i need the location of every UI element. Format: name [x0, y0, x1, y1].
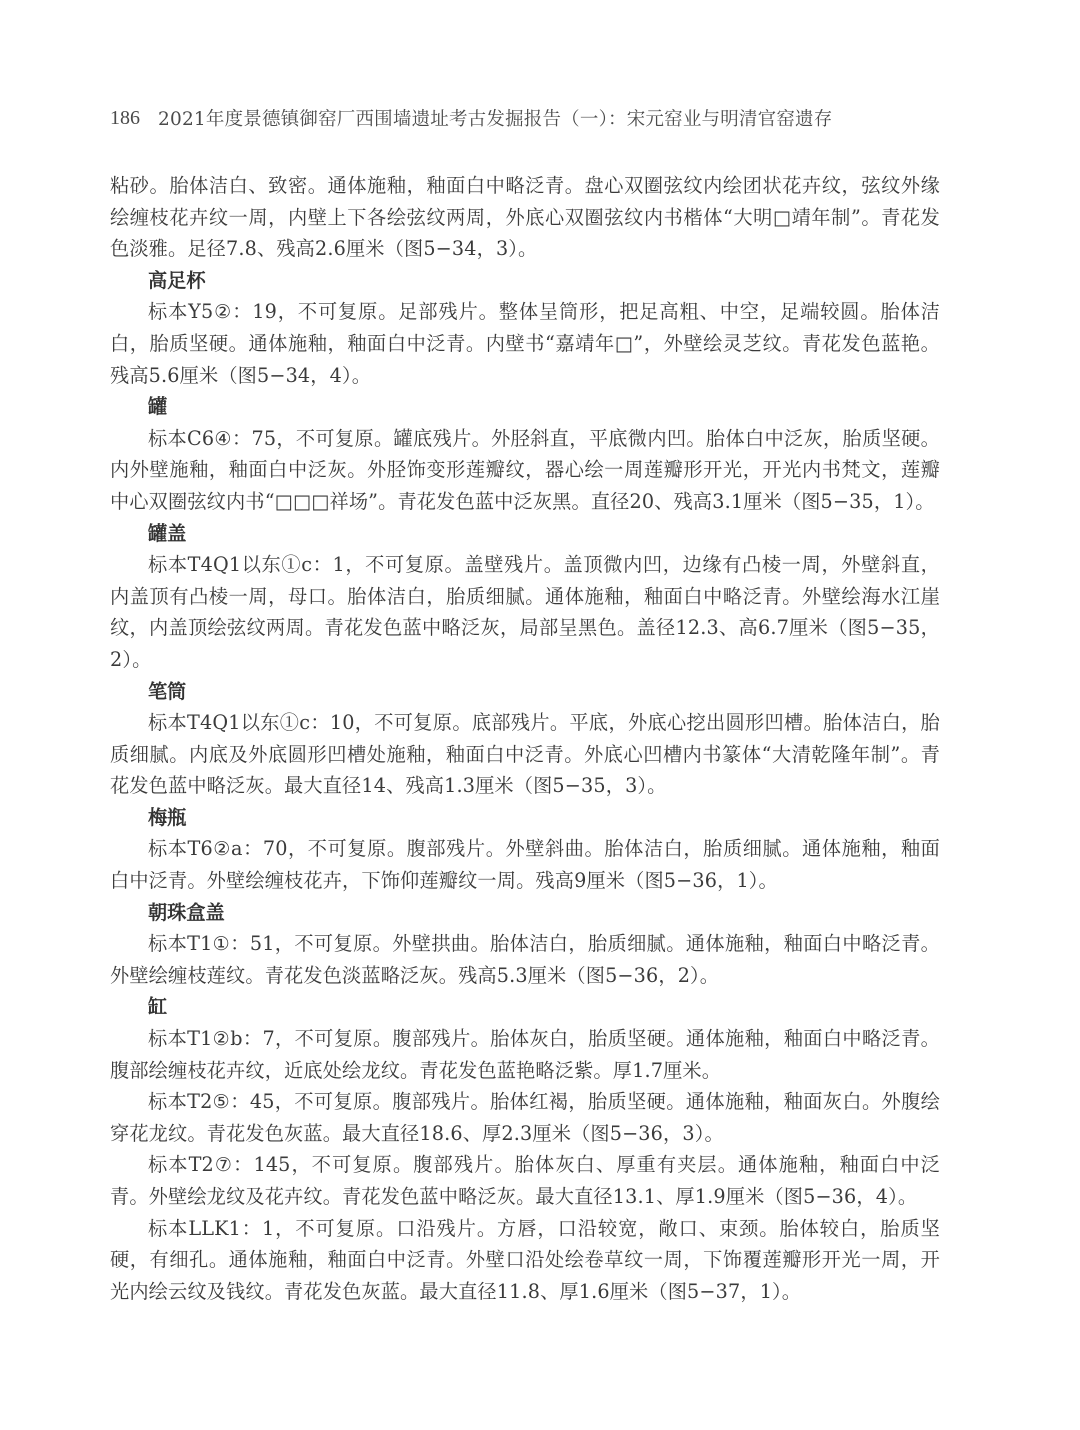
paragraph-specimen-t4q1-10: 标本T4Q1以东①c：10，不可复原。底部残片。平底，外底心挖出圆形凹槽。胎体洁… [110, 707, 940, 802]
section-heading-meiping-vase: 梅瓶 [110, 802, 940, 834]
section-heading-brush-pot: 笔筒 [110, 676, 940, 708]
paragraph-specimen-y5-19: 标本Y5②：19，不可复原。足部残片。整体呈筒形，把足高粗、中空，足端较圆。胎体… [110, 296, 940, 391]
paragraph-specimen-llk1-1: 标本LLK1：1，不可复原。口沿残片。方唇，口沿较宽，敞口、束颈。胎体较白，胎质… [110, 1213, 940, 1308]
paragraph-continued-dish: 粘砂。胎体洁白、致密。通体施釉，釉面白中略泛青。盘心双圈弦纹内绘团状花卉纹，弦纹… [110, 170, 940, 265]
page-number: 186 [110, 107, 140, 130]
paragraph-specimen-c6-75: 标本C6④：75，不可复原。罐底残片。外胫斜直，平底微内凹。胎体白中泛灰，胎质坚… [110, 423, 940, 518]
paragraph-specimen-t4q1-1: 标本T4Q1以东①c：1，不可复原。盖壁残片。盖顶微内凹，边缘有凸棱一周，外壁斜… [110, 549, 940, 675]
paragraph-specimen-t2-145: 标本T2⑦：145，不可复原。腹部残片。胎体灰白、厚重有夹层。通体施釉，釉面白中… [110, 1149, 940, 1212]
section-heading-stem-cup: 高足杯 [110, 265, 940, 297]
paragraph-specimen-t6-70: 标本T6②a：70，不可复原。腹部残片。外壁斜曲。胎体洁白，胎质细腻。通体施釉，… [110, 833, 940, 896]
paragraph-specimen-t1-7: 标本T1②b：7，不可复原。腹部残片。胎体灰白，胎质坚硬。通体施釉，釉面白中略泛… [110, 1023, 940, 1086]
page-header: 186 2021年度景德镇御窑厂西围墙遗址考古发掘报告（一）：宋元窑业与明清官窑… [110, 102, 940, 134]
section-heading-vat: 缸 [110, 991, 940, 1023]
paragraph-specimen-t2-45: 标本T2⑤：45，不可复原。腹部残片。胎体红褐，胎质坚硬。通体施釉，釉面灰白。外… [110, 1086, 940, 1149]
paragraph-specimen-t1-51: 标本T1①：51，不可复原。外壁拱曲。胎体洁白，胎质细腻。通体施釉，釉面白中略泛… [110, 928, 940, 991]
section-heading-jar: 罐 [110, 391, 940, 423]
section-heading-jar-lid: 罐盖 [110, 518, 940, 550]
section-heading-court-bead-box-lid: 朝珠盒盖 [110, 897, 940, 929]
running-title: 2021年度景德镇御窑厂西围墙遗址考古发掘报告（一）：宋元窑业与明清官窑遗存 [158, 105, 832, 131]
page-body: 粘砂。胎体洁白、致密。通体施釉，釉面白中略泛青。盘心双圈弦纹内绘团状花卉纹，弦纹… [110, 170, 940, 1307]
